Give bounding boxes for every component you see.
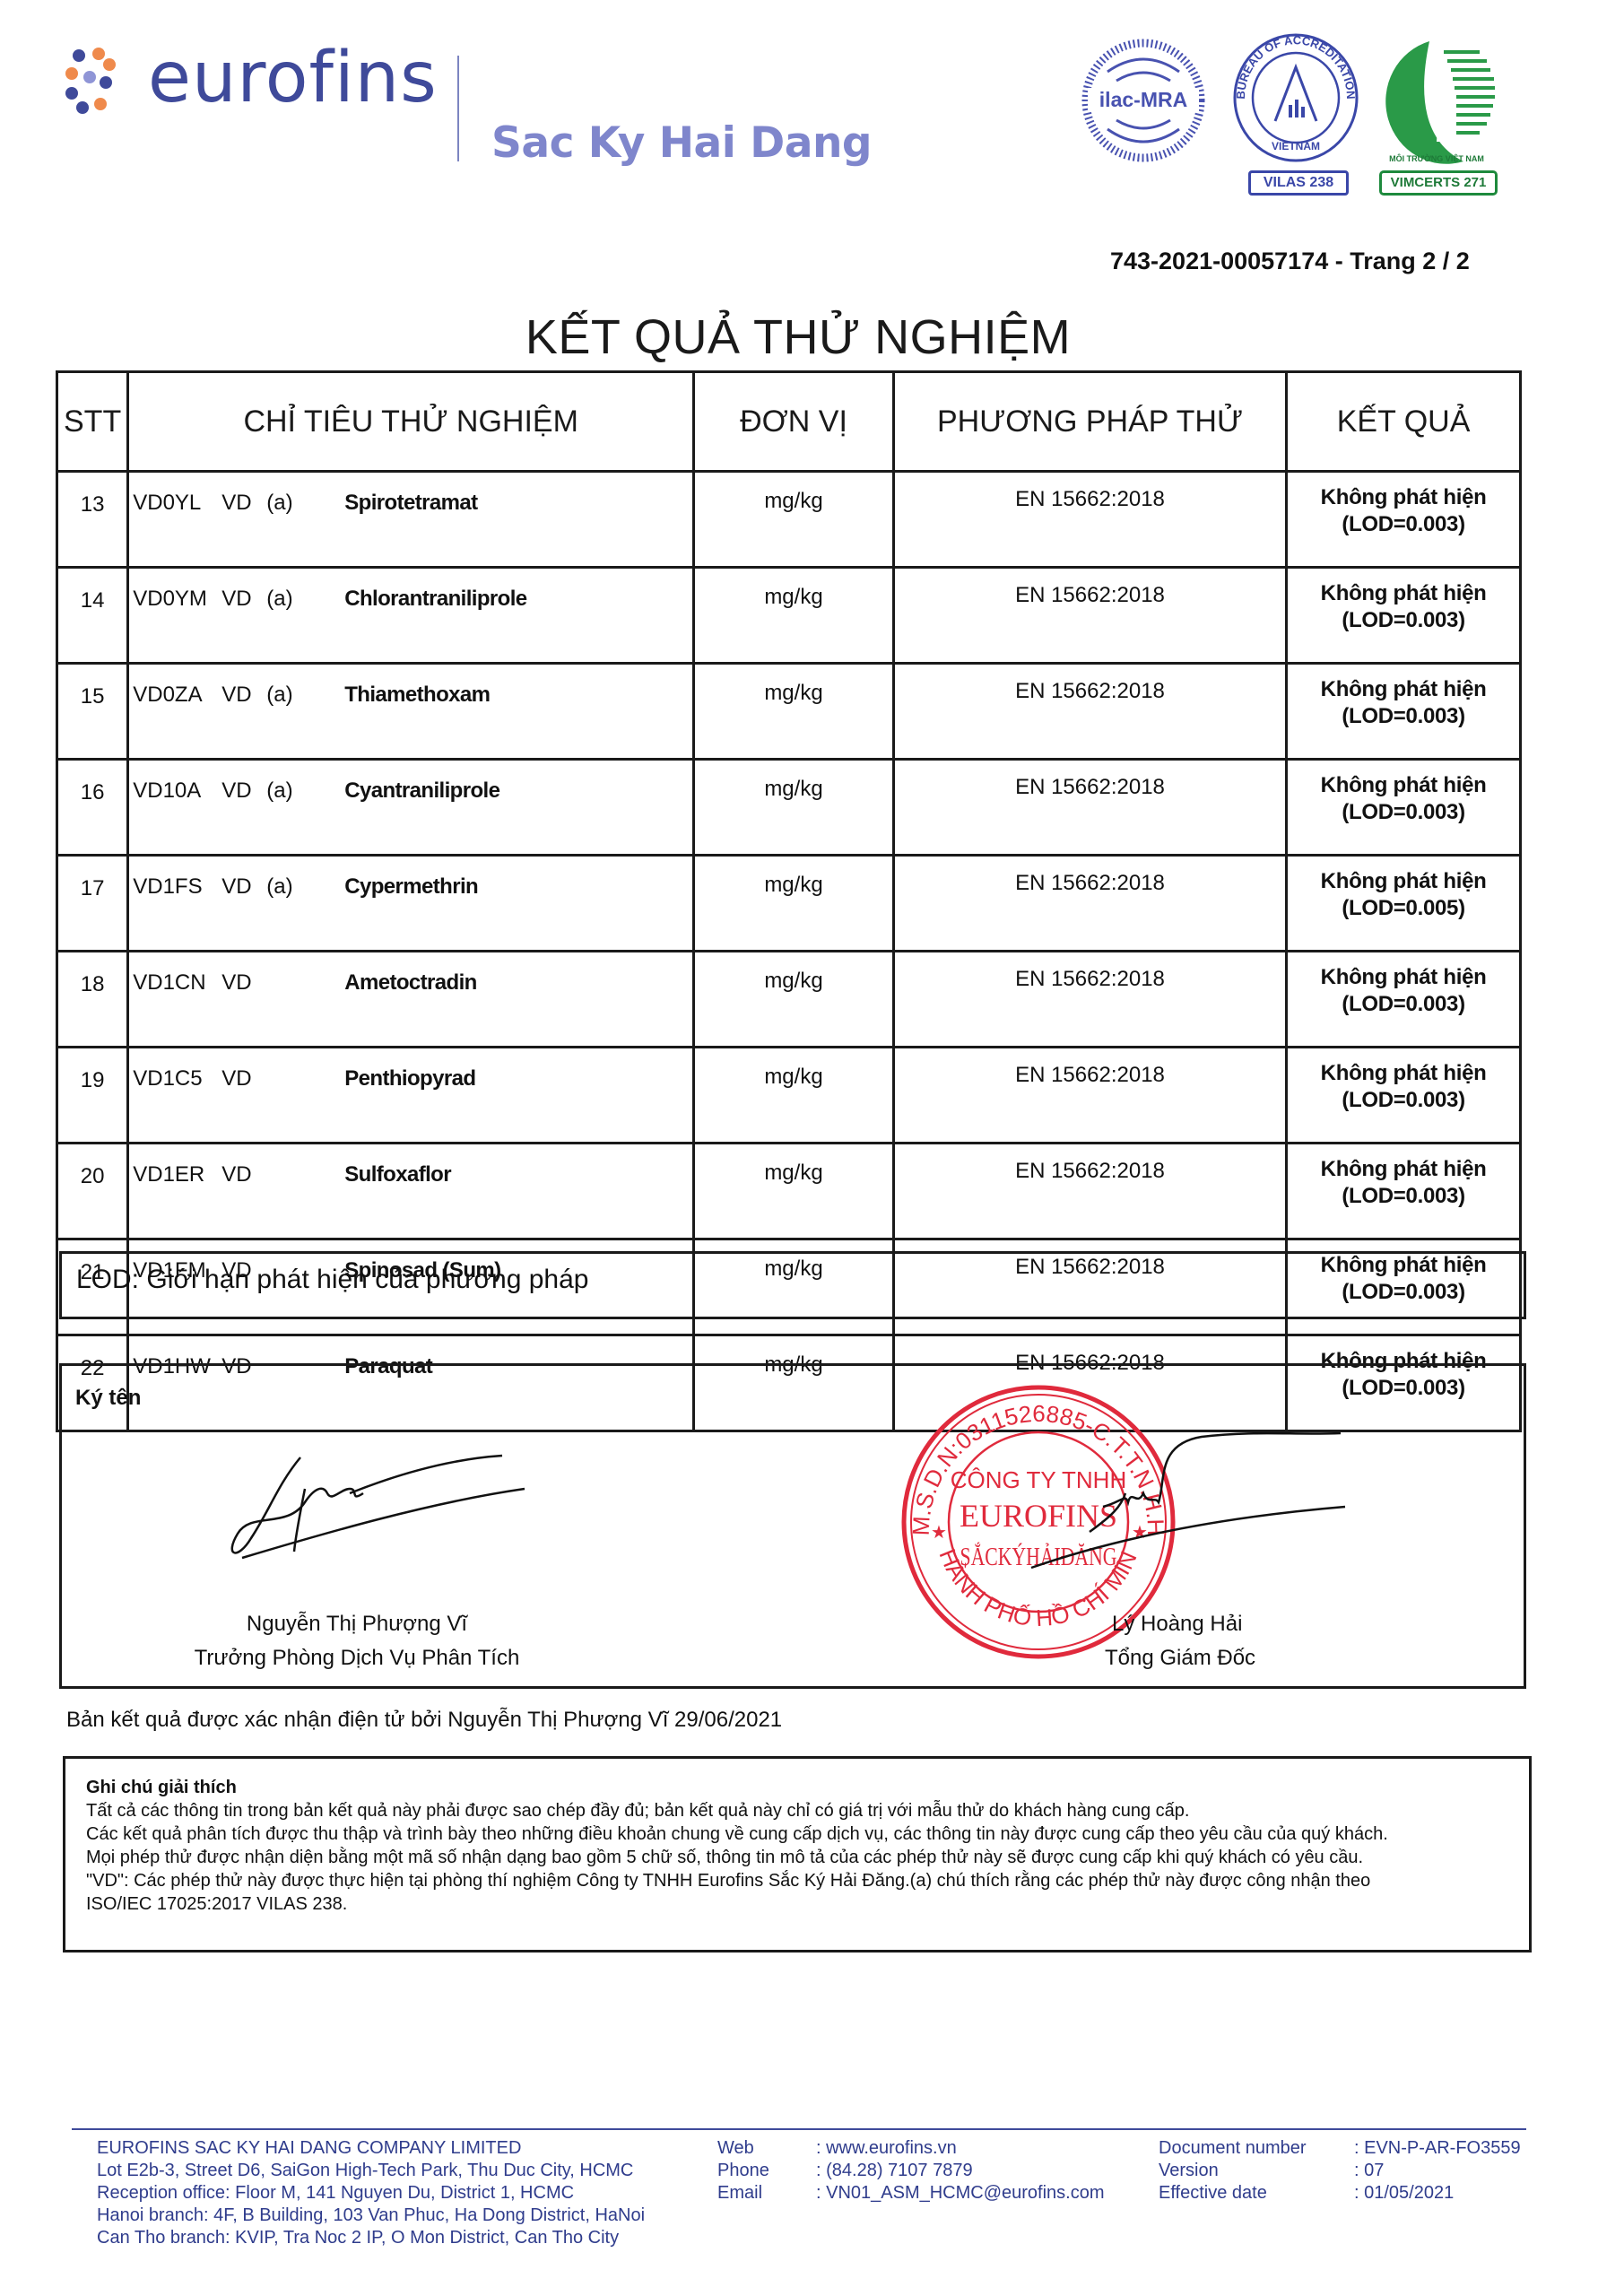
footer-doc-labels: Document number Version Effective date <box>1159 2137 1307 2205</box>
row-stt: 20 <box>57 1144 128 1239</box>
row-unit: mg/kg <box>694 472 894 568</box>
row-result: Không phát hiện (LOD=0.003) <box>1287 1144 1521 1239</box>
test-code: VD1FS <box>133 874 202 900</box>
lab-code: VD <box>221 1066 251 1091</box>
version-value: : 07 <box>1354 2160 1521 2182</box>
note-line: "VD": Các phép thử này được thực hiện tạ… <box>86 1871 1370 1892</box>
electronic-confirmation: Bản kết quả được xác nhận điện tử bởi Ng… <box>66 1708 782 1733</box>
signer-1-name: Nguyễn Thị Phượng Vĩ <box>133 1612 581 1637</box>
row-unit: mg/kg <box>694 856 894 952</box>
row-stt: 19 <box>57 1048 128 1144</box>
column-header-result: KẾT QUẢ <box>1287 372 1521 472</box>
svg-text:VIETNAM: VIETNAM <box>1272 140 1320 152</box>
row-unit: mg/kg <box>694 952 894 1048</box>
table-row: 20 VD1ER VD Sulfoxaflor mg/kg EN 15662:2… <box>57 1144 1521 1239</box>
eurofins-logo-icon <box>63 45 136 118</box>
footer-company-block: EUROFINS SAC KY HAI DANG COMPANY LIMITED… <box>97 2137 645 2249</box>
row-result: Không phát hiện (LOD=0.003) <box>1287 664 1521 760</box>
result-text: Không phát hiện <box>1288 580 1519 607</box>
row-method: EN 15662:2018 <box>893 952 1286 1048</box>
analyte-name: Cyantraniliprole <box>344 778 499 804</box>
result-lod: (LOD=0.003) <box>1288 1087 1519 1114</box>
signature-2-icon <box>1022 1426 1354 1570</box>
footer-address: Reception office: Floor M, 141 Nguyen Du… <box>97 2182 645 2205</box>
note-line: Các kết quả phân tích được thu thập và t… <box>86 1824 1388 1845</box>
lab-code: VD <box>221 587 251 612</box>
accreditation-mark: (a) <box>266 778 292 804</box>
svg-text:ilac-MRA: ilac-MRA <box>1099 88 1187 111</box>
row-stt: 16 <box>57 760 128 856</box>
table-row: 13 VD0YL VD (a) Spirotetramat mg/kg EN 1… <box>57 472 1521 568</box>
effective-date-value: : 01/05/2021 <box>1354 2182 1521 2205</box>
row-method: EN 15662:2018 <box>893 568 1286 664</box>
row-method: EN 15662:2018 <box>893 760 1286 856</box>
row-method: EN 15662:2018 <box>893 664 1286 760</box>
lab-code: VD <box>221 491 251 516</box>
row-unit: mg/kg <box>694 1048 894 1144</box>
row-stt: 13 <box>57 472 128 568</box>
row-indicator: VD1CN VD Ametoctradin <box>128 952 694 1048</box>
test-code: VD1ER <box>133 1162 204 1187</box>
row-method: EN 15662:2018 <box>893 472 1286 568</box>
document-number-value: : EVN-P-AR-FO3559 <box>1354 2137 1521 2160</box>
column-header-indicator: CHỈ TIÊU THỬ NGHIỆM <box>128 372 694 472</box>
analyte-name: Ametoctradin <box>344 970 477 996</box>
analyte-name: Sulfoxaflor <box>344 1162 451 1187</box>
effective-date-label: Effective date <box>1159 2182 1307 2205</box>
row-indicator: VD0ZA VD (a) Thiamethoxam <box>128 664 694 760</box>
signer-2-name: Lý Hoàng Hải <box>1112 1612 1242 1637</box>
result-lod: (LOD=0.005) <box>1288 895 1519 922</box>
table-row: 15 VD0ZA VD (a) Thiamethoxam mg/kg EN 15… <box>57 664 1521 760</box>
row-result: Không phát hiện (LOD=0.003) <box>1287 1048 1521 1144</box>
footer-address: Lot E2b-3, Street D6, SaiGon High-Tech P… <box>97 2160 645 2182</box>
test-code: VD0YL <box>133 491 201 516</box>
signature-1-icon <box>215 1448 538 1565</box>
result-text: Không phát hiện <box>1288 484 1519 511</box>
lod-note-box: LOD: Giới hạn phát hiện của phương pháp <box>59 1251 1526 1319</box>
result-lod: (LOD=0.003) <box>1288 991 1519 1018</box>
svg-text:MÔI TRƯỜNG VIỆT NAM: MÔI TRƯỜNG VIỆT NAM <box>1389 153 1484 163</box>
row-unit: mg/kg <box>694 760 894 856</box>
note-line: Tất cả các thông tin trong bản kết quả n… <box>86 1801 1189 1822</box>
row-indicator: VD1C5 VD Penthiopyrad <box>128 1048 694 1144</box>
row-stt: 17 <box>57 856 128 952</box>
table-row: 16 VD10A VD (a) Cyantraniliprole mg/kg E… <box>57 760 1521 856</box>
row-result: Không phát hiện (LOD=0.003) <box>1287 952 1521 1048</box>
row-indicator: VD0YM VD (a) Chlorantraniliprole <box>128 568 694 664</box>
footer-company-name: EUROFINS SAC KY HAI DANG COMPANY LIMITED <box>97 2137 645 2160</box>
row-unit: mg/kg <box>694 1144 894 1239</box>
ilac-mra-logo-icon: ilac-MRA <box>1081 38 1206 163</box>
result-text: Không phát hiện <box>1288 964 1519 991</box>
lod-note: LOD: Giới hạn phát hiện của phương pháp <box>76 1265 588 1295</box>
brand-subtitle: Sac Ky Hai Dang <box>491 118 872 168</box>
row-indicator: VD1ER VD Sulfoxaflor <box>128 1144 694 1239</box>
row-indicator: VD10A VD (a) Cyantraniliprole <box>128 760 694 856</box>
footer-contact-values: : www.eurofins.vn : (84.28) 7107 7879 : … <box>816 2137 1105 2205</box>
test-code: VD0ZA <box>133 683 202 708</box>
result-text: Không phát hiện <box>1288 1060 1519 1087</box>
row-stt: 14 <box>57 568 128 664</box>
row-result: Không phát hiện (LOD=0.003) <box>1287 760 1521 856</box>
lab-code: VD <box>221 778 251 804</box>
table-row: 14 VD0YM VD (a) Chlorantraniliprole mg/k… <box>57 568 1521 664</box>
accreditation-mark: (a) <box>266 683 292 708</box>
row-result: Không phát hiện (LOD=0.005) <box>1287 856 1521 952</box>
footer-divider <box>72 2128 1526 2130</box>
accreditation-mark: (a) <box>266 491 292 516</box>
test-code: VD1C5 <box>133 1066 202 1091</box>
lab-code: VD <box>221 874 251 900</box>
signature-label: Ký tên <box>75 1386 141 1411</box>
lab-code: VD <box>221 1162 251 1187</box>
analyte-name: Penthiopyrad <box>344 1066 475 1091</box>
test-code: VD1CN <box>133 970 205 996</box>
row-result: Không phát hiện (LOD=0.003) <box>1287 472 1521 568</box>
result-text: Không phát hiện <box>1288 676 1519 703</box>
note-line: ISO/IEC 17025:2017 VILAS 238. <box>86 1894 347 1915</box>
version-label: Version <box>1159 2160 1307 2182</box>
result-lod: (LOD=0.003) <box>1288 607 1519 634</box>
row-unit: mg/kg <box>694 664 894 760</box>
brand-name: eurofins <box>148 38 438 118</box>
test-code: VD10A <box>133 778 201 804</box>
vilas-badge: VILAS 238 <box>1248 170 1349 196</box>
page-reference: 743-2021-00057174 - Trang 2 / 2 <box>1110 248 1470 275</box>
table-row: 19 VD1C5 VD Penthiopyrad mg/kg EN 15662:… <box>57 1048 1521 1144</box>
web-label: Web <box>717 2137 769 2160</box>
row-method: EN 15662:2018 <box>893 1048 1286 1144</box>
column-header-method: PHƯƠNG PHÁP THỬ <box>893 372 1286 472</box>
result-lod: (LOD=0.003) <box>1288 799 1519 826</box>
table-row: 17 VD1FS VD (a) Cypermethrin mg/kg EN 15… <box>57 856 1521 952</box>
signer-1-title: Trưởng Phòng Dịch Vụ Phân Tích <box>133 1646 581 1671</box>
column-header-stt: STT <box>57 372 128 472</box>
result-lod: (LOD=0.003) <box>1288 703 1519 730</box>
result-text: Không phát hiện <box>1288 1156 1519 1183</box>
table-row: 18 VD1CN VD Ametoctradin mg/kg EN 15662:… <box>57 952 1521 1048</box>
result-text: Không phát hiện <box>1288 772 1519 799</box>
result-text: Không phát hiện <box>1288 868 1519 895</box>
analyte-name: Chlorantraniliprole <box>344 587 526 612</box>
row-method: EN 15662:2018 <box>893 856 1286 952</box>
svg-text:★: ★ <box>931 1523 947 1543</box>
row-method: EN 15662:2018 <box>893 1144 1286 1239</box>
page-title: KẾT QUẢ THỬ NGHIỆM <box>0 309 1596 365</box>
row-result: Không phát hiện (LOD=0.003) <box>1287 568 1521 664</box>
row-indicator: VD0YL VD (a) Spirotetramat <box>128 472 694 568</box>
signer-2-title: Tổng Giám Đốc <box>1105 1646 1255 1671</box>
test-code: VD0YM <box>133 587 207 612</box>
vimcerts-badge: VIMCERTS 271 <box>1379 170 1498 196</box>
analyte-name: Cypermethrin <box>344 874 478 900</box>
lab-code: VD <box>221 970 251 996</box>
analyte-name: Spirotetramat <box>344 491 477 516</box>
row-unit: mg/kg <box>694 568 894 664</box>
document-number-label: Document number <box>1159 2137 1307 2160</box>
result-lod: (LOD=0.003) <box>1288 511 1519 538</box>
email-label: Email <box>717 2182 769 2205</box>
analyte-name: Thiamethoxam <box>344 683 490 708</box>
table-header-row: STT CHỈ TIÊU THỬ NGHIỆM ĐƠN VỊ PHƯƠNG PH… <box>57 372 1521 472</box>
note-line: Mọi phép thử được nhận diện bằng một mã … <box>86 1848 1363 1868</box>
web-link[interactable]: : www.eurofins.vn <box>816 2137 1105 2160</box>
footer-contact-labels: Web Phone Email <box>717 2137 769 2205</box>
accreditation-mark: (a) <box>266 587 292 612</box>
phone-value: : (84.28) 7107 7879 <box>816 2160 1105 2182</box>
phone-label: Phone <box>717 2160 769 2182</box>
result-lod: (LOD=0.003) <box>1288 1183 1519 1210</box>
accreditation-mark: (a) <box>266 874 292 900</box>
footer-address: Hanoi branch: 4F, B Building, 103 Van Ph… <box>97 2205 645 2227</box>
footer-address: Can Tho branch: KVIP, Tra Noc 2 IP, O Mo… <box>97 2227 645 2249</box>
logo-divider <box>457 56 459 161</box>
row-stt: 15 <box>57 664 128 760</box>
lab-code: VD <box>221 683 251 708</box>
column-header-unit: ĐƠN VỊ <box>694 372 894 472</box>
email-link[interactable]: : VN01_ASM_HCMC@eurofins.com <box>816 2182 1105 2205</box>
footer-doc-values: : EVN-P-AR-FO3559 : 07 : 01/05/2021 <box>1354 2137 1521 2205</box>
row-stt: 18 <box>57 952 128 1048</box>
row-indicator: VD1FS VD (a) Cypermethrin <box>128 856 694 952</box>
notes-title: Ghi chú giải thích <box>86 1778 237 1798</box>
